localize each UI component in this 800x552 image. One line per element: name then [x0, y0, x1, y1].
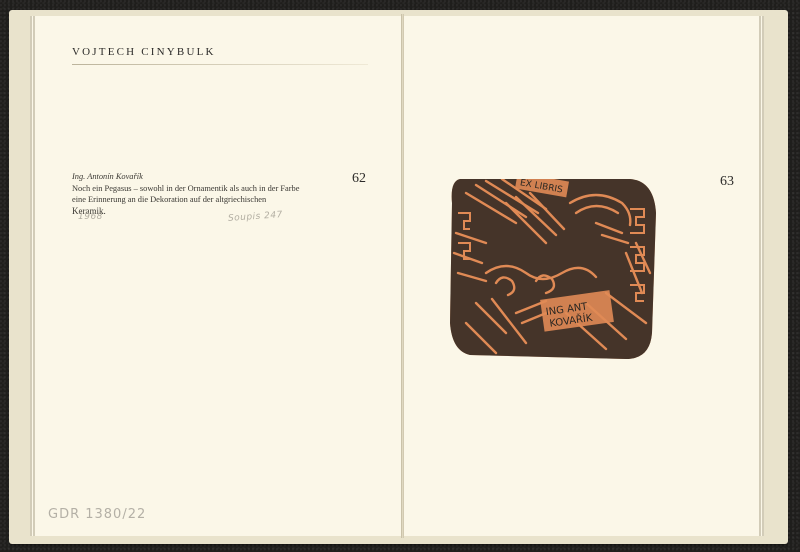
header-rule: [72, 64, 368, 65]
book-gutter: [401, 14, 404, 538]
caption-title: Ing. Antonín Kovařík: [72, 171, 312, 183]
page-number-right: 63: [720, 174, 734, 190]
page-number-left: 62: [352, 171, 366, 187]
running-header: VOJTECH CINYBULK: [72, 46, 216, 58]
pencil-inventory-number: GDR 1380/22: [48, 507, 146, 522]
caption-body: Noch ein Pegasus – sowohl in der Ornamen…: [72, 183, 312, 206]
bookplate-image: ING ANT KOVAŘÍK EX LIBRIS: [446, 173, 658, 361]
pegasus-woodcut-icon: ING ANT KOVAŘÍK EX LIBRIS: [446, 173, 658, 361]
left-page: [30, 16, 402, 536]
pencil-note-year: 1968: [78, 212, 103, 222]
